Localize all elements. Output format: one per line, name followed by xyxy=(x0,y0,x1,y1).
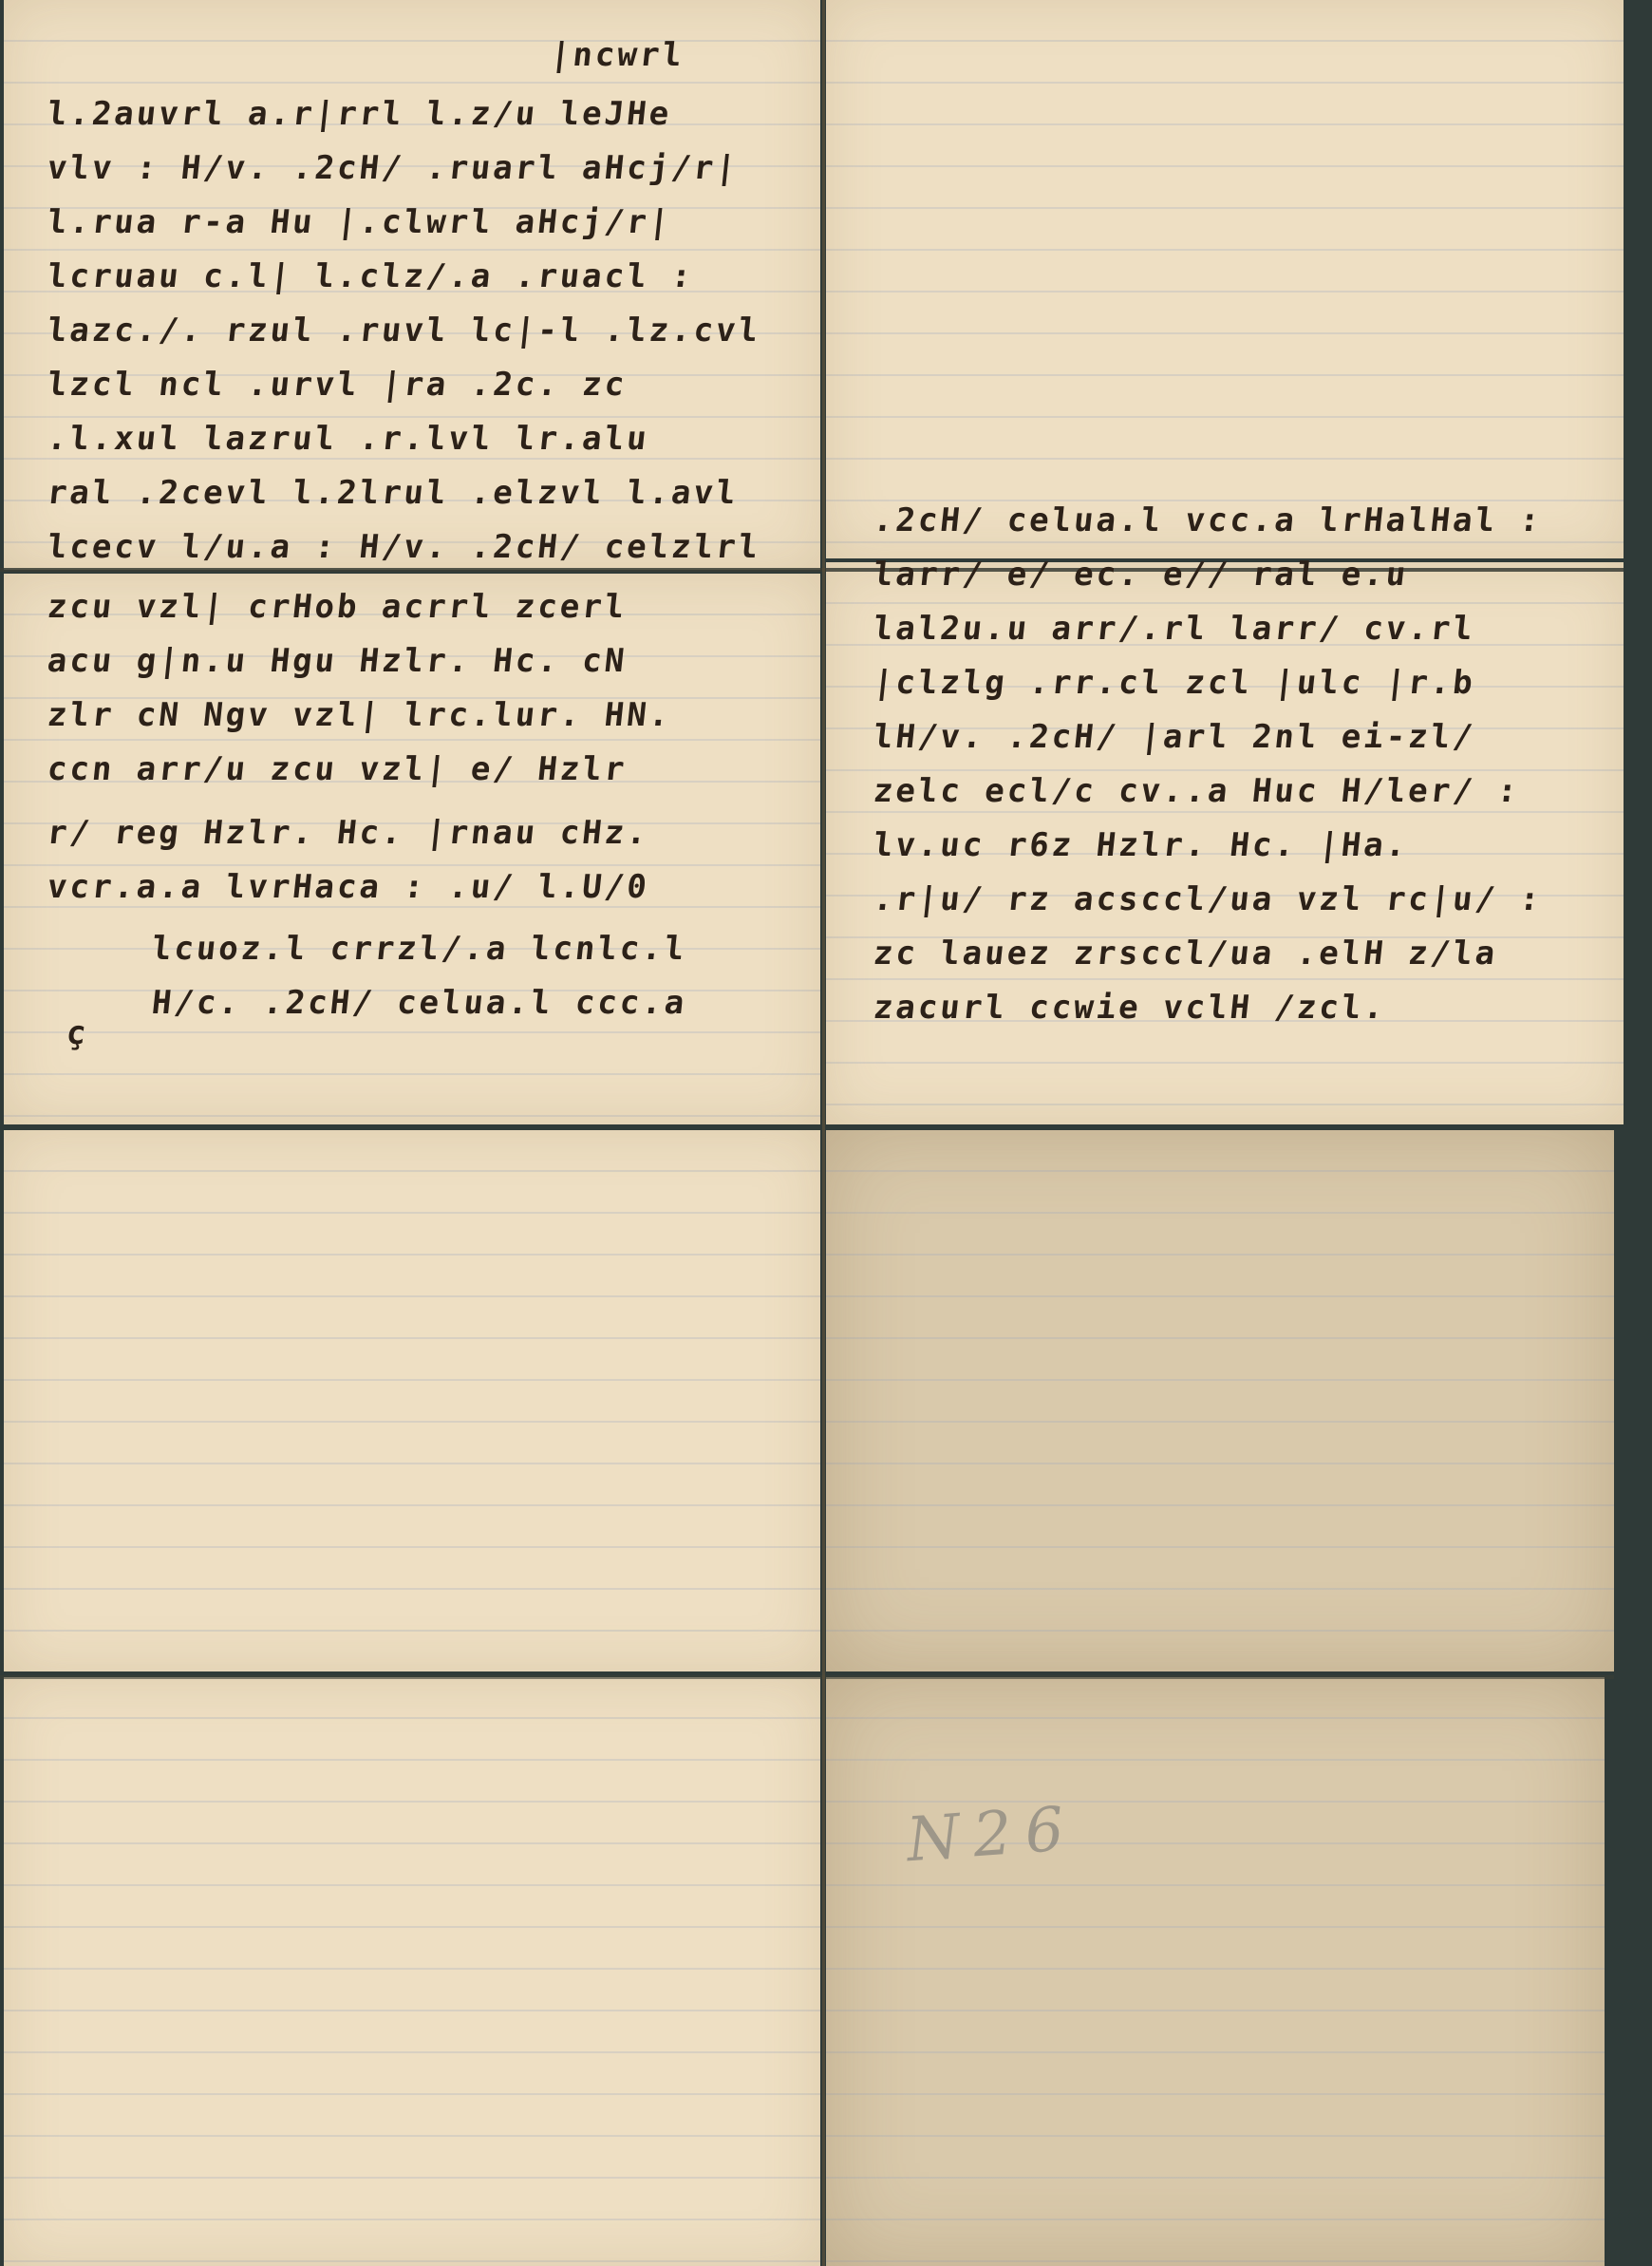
text-line: l.rua r-a Hu |.clwrl aHcj/r| xyxy=(45,196,763,250)
text-line: zelc ecl/c cv..a Huc H/ler/ : xyxy=(871,765,1545,819)
right-column-text: .2cH/ celua.l vcc.a lrHalHal : larr/ e/ … xyxy=(873,494,1542,1035)
letter-sheet: |ncwrl l.2auvrl a.r|rrl l.z/u leJHe vlv … xyxy=(0,0,1624,2266)
text-line: larr/ e/ ec. e// ral e.u xyxy=(871,548,1545,602)
text-line: lcuoz.l crrzl/.a lcnlc.l xyxy=(149,922,763,976)
text-line: zacurl ccwie vclH /zcl. xyxy=(871,981,1545,1035)
panel-bottom-left xyxy=(4,1677,820,2266)
text-line: .l.xul lazrul .r.lvl lr.alu xyxy=(45,412,763,466)
text-line: acu g|n.u Hgu Hzlr. Hc. cN xyxy=(45,634,763,689)
pencil-annotation: N26 xyxy=(905,1794,1079,1876)
panel-top-right xyxy=(826,0,1624,558)
text-line: ral .2cevl l.2lrul .elzvl l.avl xyxy=(45,466,763,520)
text-line: zc lauez zrsccl/ua .elH z/la xyxy=(871,927,1545,981)
text-line: H/c. .2cH/ celua.l ccc.a xyxy=(149,976,763,1030)
text-line: vcr.a.a lvrHaca : .u/ l.U/0 xyxy=(45,860,763,915)
text-line: |clzlg .rr.cl zcl |ulc |r.b xyxy=(871,656,1545,710)
letter-heading: |ncwrl xyxy=(549,36,686,74)
left-column-text: l.2auvrl a.r|rrl l.z/u leJHe vlv : H/v. … xyxy=(47,87,760,1030)
text-line: ccn arr/u zcu vzl| e/ Hzlr xyxy=(45,743,763,797)
fold-line-lower xyxy=(0,1675,1614,1679)
text-line: lal2u.u arr/.rl larr/ cv.rl xyxy=(871,602,1545,656)
text-line: l.2auvrl a.r|rrl l.z/u leJHe xyxy=(45,87,763,142)
text-line: lzcl ncl .urvl |ra .2c. zc xyxy=(45,358,763,412)
text-line: lcruau c.l| l.clz/.a .ruacl : xyxy=(45,250,763,304)
text-line: vlv : H/v. .2cH/ .ruarl aHcj/r| xyxy=(45,142,763,196)
text-line: zlr cN Ngv vzl| lrc.lur. HN. xyxy=(45,689,763,743)
text-line: lazc./. rzul .ruvl lc|-l .lz.cvl xyxy=(45,304,763,358)
text-line: lv.uc r6z Hzlr. Hc. |Ha. xyxy=(871,819,1545,873)
panel-bottom-right xyxy=(826,1677,1605,2266)
text-line: lH/v. .2cH/ |arl 2nl ei-zl/ xyxy=(871,710,1545,765)
text-line: zcu vzl| crHob acrrl zcerl xyxy=(45,580,763,634)
text-line: lcecv l/u.a : H/v. .2cH/ celzlrl xyxy=(45,520,763,575)
panel-lower-left xyxy=(4,1130,820,1671)
fold-line-vertical xyxy=(822,0,825,2266)
text-line: .2cH/ celua.l vcc.a lrHalHal : xyxy=(871,494,1545,548)
text-line: .r|u/ rz acsccl/ua vzl rc|u/ : xyxy=(871,873,1545,927)
text-line: r/ reg Hzlr. Hc. |rnau cHz. xyxy=(45,806,763,860)
panel-lower-right xyxy=(826,1130,1614,1671)
side-mark: ç xyxy=(65,1014,91,1052)
